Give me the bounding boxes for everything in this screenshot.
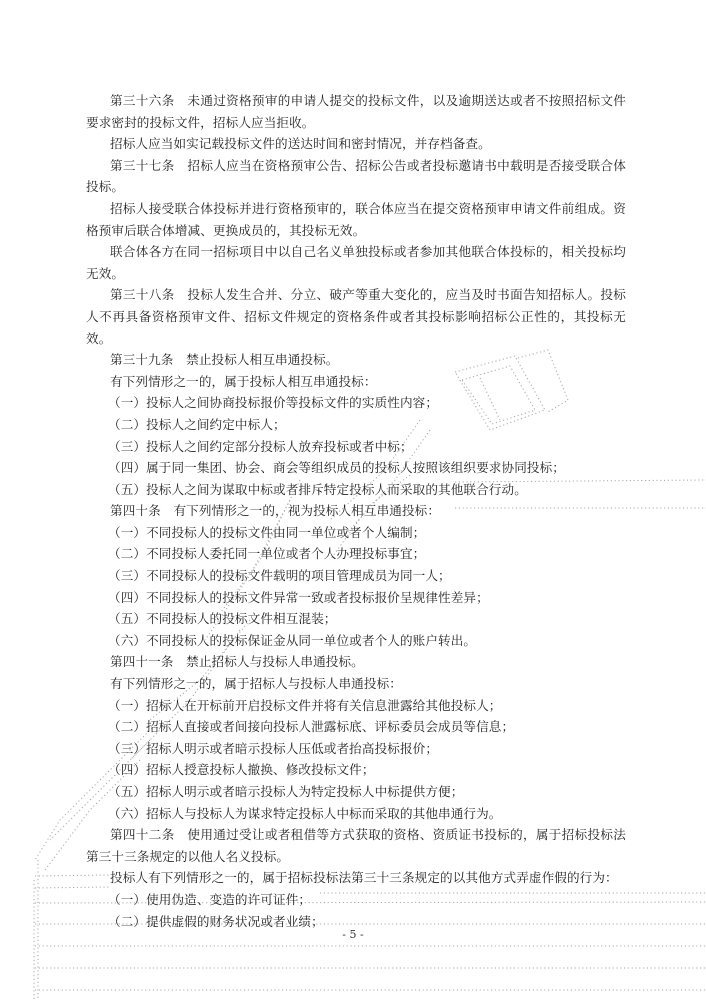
paragraph-article-42: 第四十二条 使用通过受让或者租借等方式获取的资格、资质证书投标的，属于招标投标法… [86,824,626,867]
paragraph-article-38: 第三十八条 投标人发生合并、分立、破产等重大变化的，应当及时书面告知招标人。投标… [86,284,626,349]
page-number: - 5 - [0,928,706,941]
paragraph: 联合体各方在同一招标项目中以自己名义单独投标或者参加其他联合体投标的，相关投标均… [86,241,626,284]
paragraph: 投标人有下列情形之一的，属于招标投标法第三十三条规定的以其他方式弄虚作假的行为： [86,867,626,889]
paragraph: 招标人接受联合体投标并进行资格预审的，联合体应当在提交资格预审申请文件前组成。资… [86,198,626,241]
list-item: （一）投标人之间协商投标报价等投标文件的实质性内容； [86,392,626,414]
list-item: （五）招标人明示或者暗示投标人为特定投标人中标提供方便； [86,781,626,803]
list-item: （三）招标人明示或者暗示投标人压低或者抬高投标报价； [86,738,626,760]
list-item: （一）使用伪造、变造的许可证件； [86,889,626,911]
document-page: 第三十六条 未通过资格预审的申请人提交的投标文件，以及逾期送达或者不按照招标文件… [0,0,706,1000]
paragraph: 招标人应当如实记载投标文件的送达时间和密封情况，并存档备查。 [86,133,626,155]
list-item: （二）招标人直接或者间接向投标人泄露标底、评标委员会成员等信息； [86,716,626,738]
paragraph-article-39: 第三十九条 禁止投标人相互串通投标。 [86,349,626,371]
paragraph-article-41: 第四十一条 禁止招标人与投标人串通投标。 [86,651,626,673]
paragraph: 有下列情形之一的，属于招标人与投标人串通投标： [86,673,626,695]
paragraph: 有下列情形之一的，属于投标人相互串通投标： [86,371,626,393]
list-item: （三）投标人之间约定部分投标人放弃投标或者中标； [86,436,626,458]
list-item: （六）不同投标人的投标保证金从同一单位或者个人的账户转出。 [86,630,626,652]
list-item: （五）投标人之间为谋取中标或者排斥特定投标人而采取的其他联合行动。 [86,479,626,501]
paragraph-article-40: 第四十条 有下列情形之一的，视为投标人相互串通投标： [86,500,626,522]
list-item: （四）不同投标人的投标文件异常一致或者投标报价呈规律性差异； [86,587,626,609]
list-item: （四）属于同一集团、协会、商会等组织成员的投标人按照该组织要求协同投标； [86,457,626,479]
list-item: （六）招标人与投标人为谋求特定投标人中标而采取的其他串通行为。 [86,803,626,825]
paragraph-article-36: 第三十六条 未通过资格预审的申请人提交的投标文件，以及逾期送达或者不按照招标文件… [86,90,626,133]
list-item: （二）投标人之间约定中标人； [86,414,626,436]
list-item: （四）招标人授意投标人撤换、修改投标文件； [86,759,626,781]
list-item: （二）不同投标人委托同一单位或者个人办理投标事宜； [86,543,626,565]
paragraph-article-37: 第三十七条 招标人应当在资格预审公告、招标公告或者投标邀请书中载明是否接受联合体… [86,155,626,198]
list-item: （三）不同投标人的投标文件载明的项目管理成员为同一人； [86,565,626,587]
document-body: 第三十六条 未通过资格预审的申请人提交的投标文件，以及逾期送达或者不按照招标文件… [86,90,626,932]
list-item: （五）不同投标人的投标文件相互混装； [86,608,626,630]
list-item: （一）招标人在开标前开启投标文件并将有关信息泄露给其他投标人； [86,695,626,717]
list-item: （一）不同投标人的投标文件由同一单位或者个人编制； [86,522,626,544]
